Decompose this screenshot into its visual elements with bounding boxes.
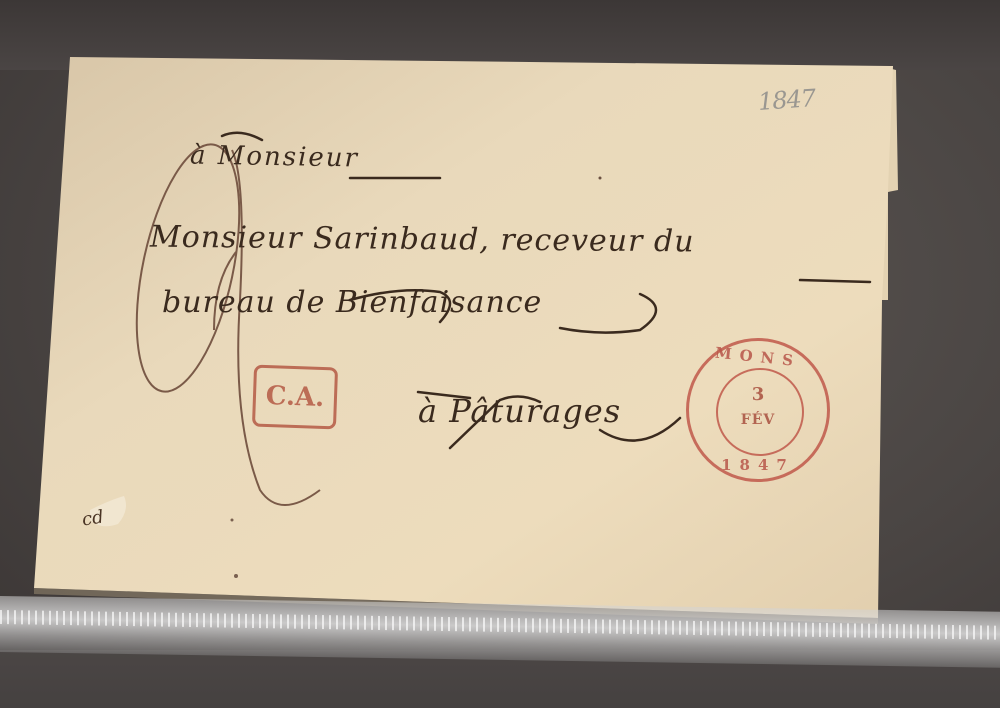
- address-line-2: Monsieur Sarinbaud, receveur du: [150, 220, 695, 260]
- ca-boxed-handstamp: C.A.: [252, 365, 338, 430]
- corner-ink-mark: cd: [81, 507, 105, 531]
- address-line-3: bureau de Bienfaisance: [162, 285, 542, 320]
- address-line-1: à Monsieur: [190, 141, 360, 174]
- postmark-month: FÉV: [686, 412, 830, 428]
- pencil-year-annotation: 1847: [757, 84, 816, 116]
- address-line-4: à Pâturages: [418, 392, 621, 430]
- postmark-day: 3: [686, 384, 830, 405]
- mons-postmark: MONS 3 FÉV 1847: [686, 338, 830, 482]
- postmark-year: 1847: [686, 456, 830, 474]
- sleeve-perforation: [0, 610, 1000, 640]
